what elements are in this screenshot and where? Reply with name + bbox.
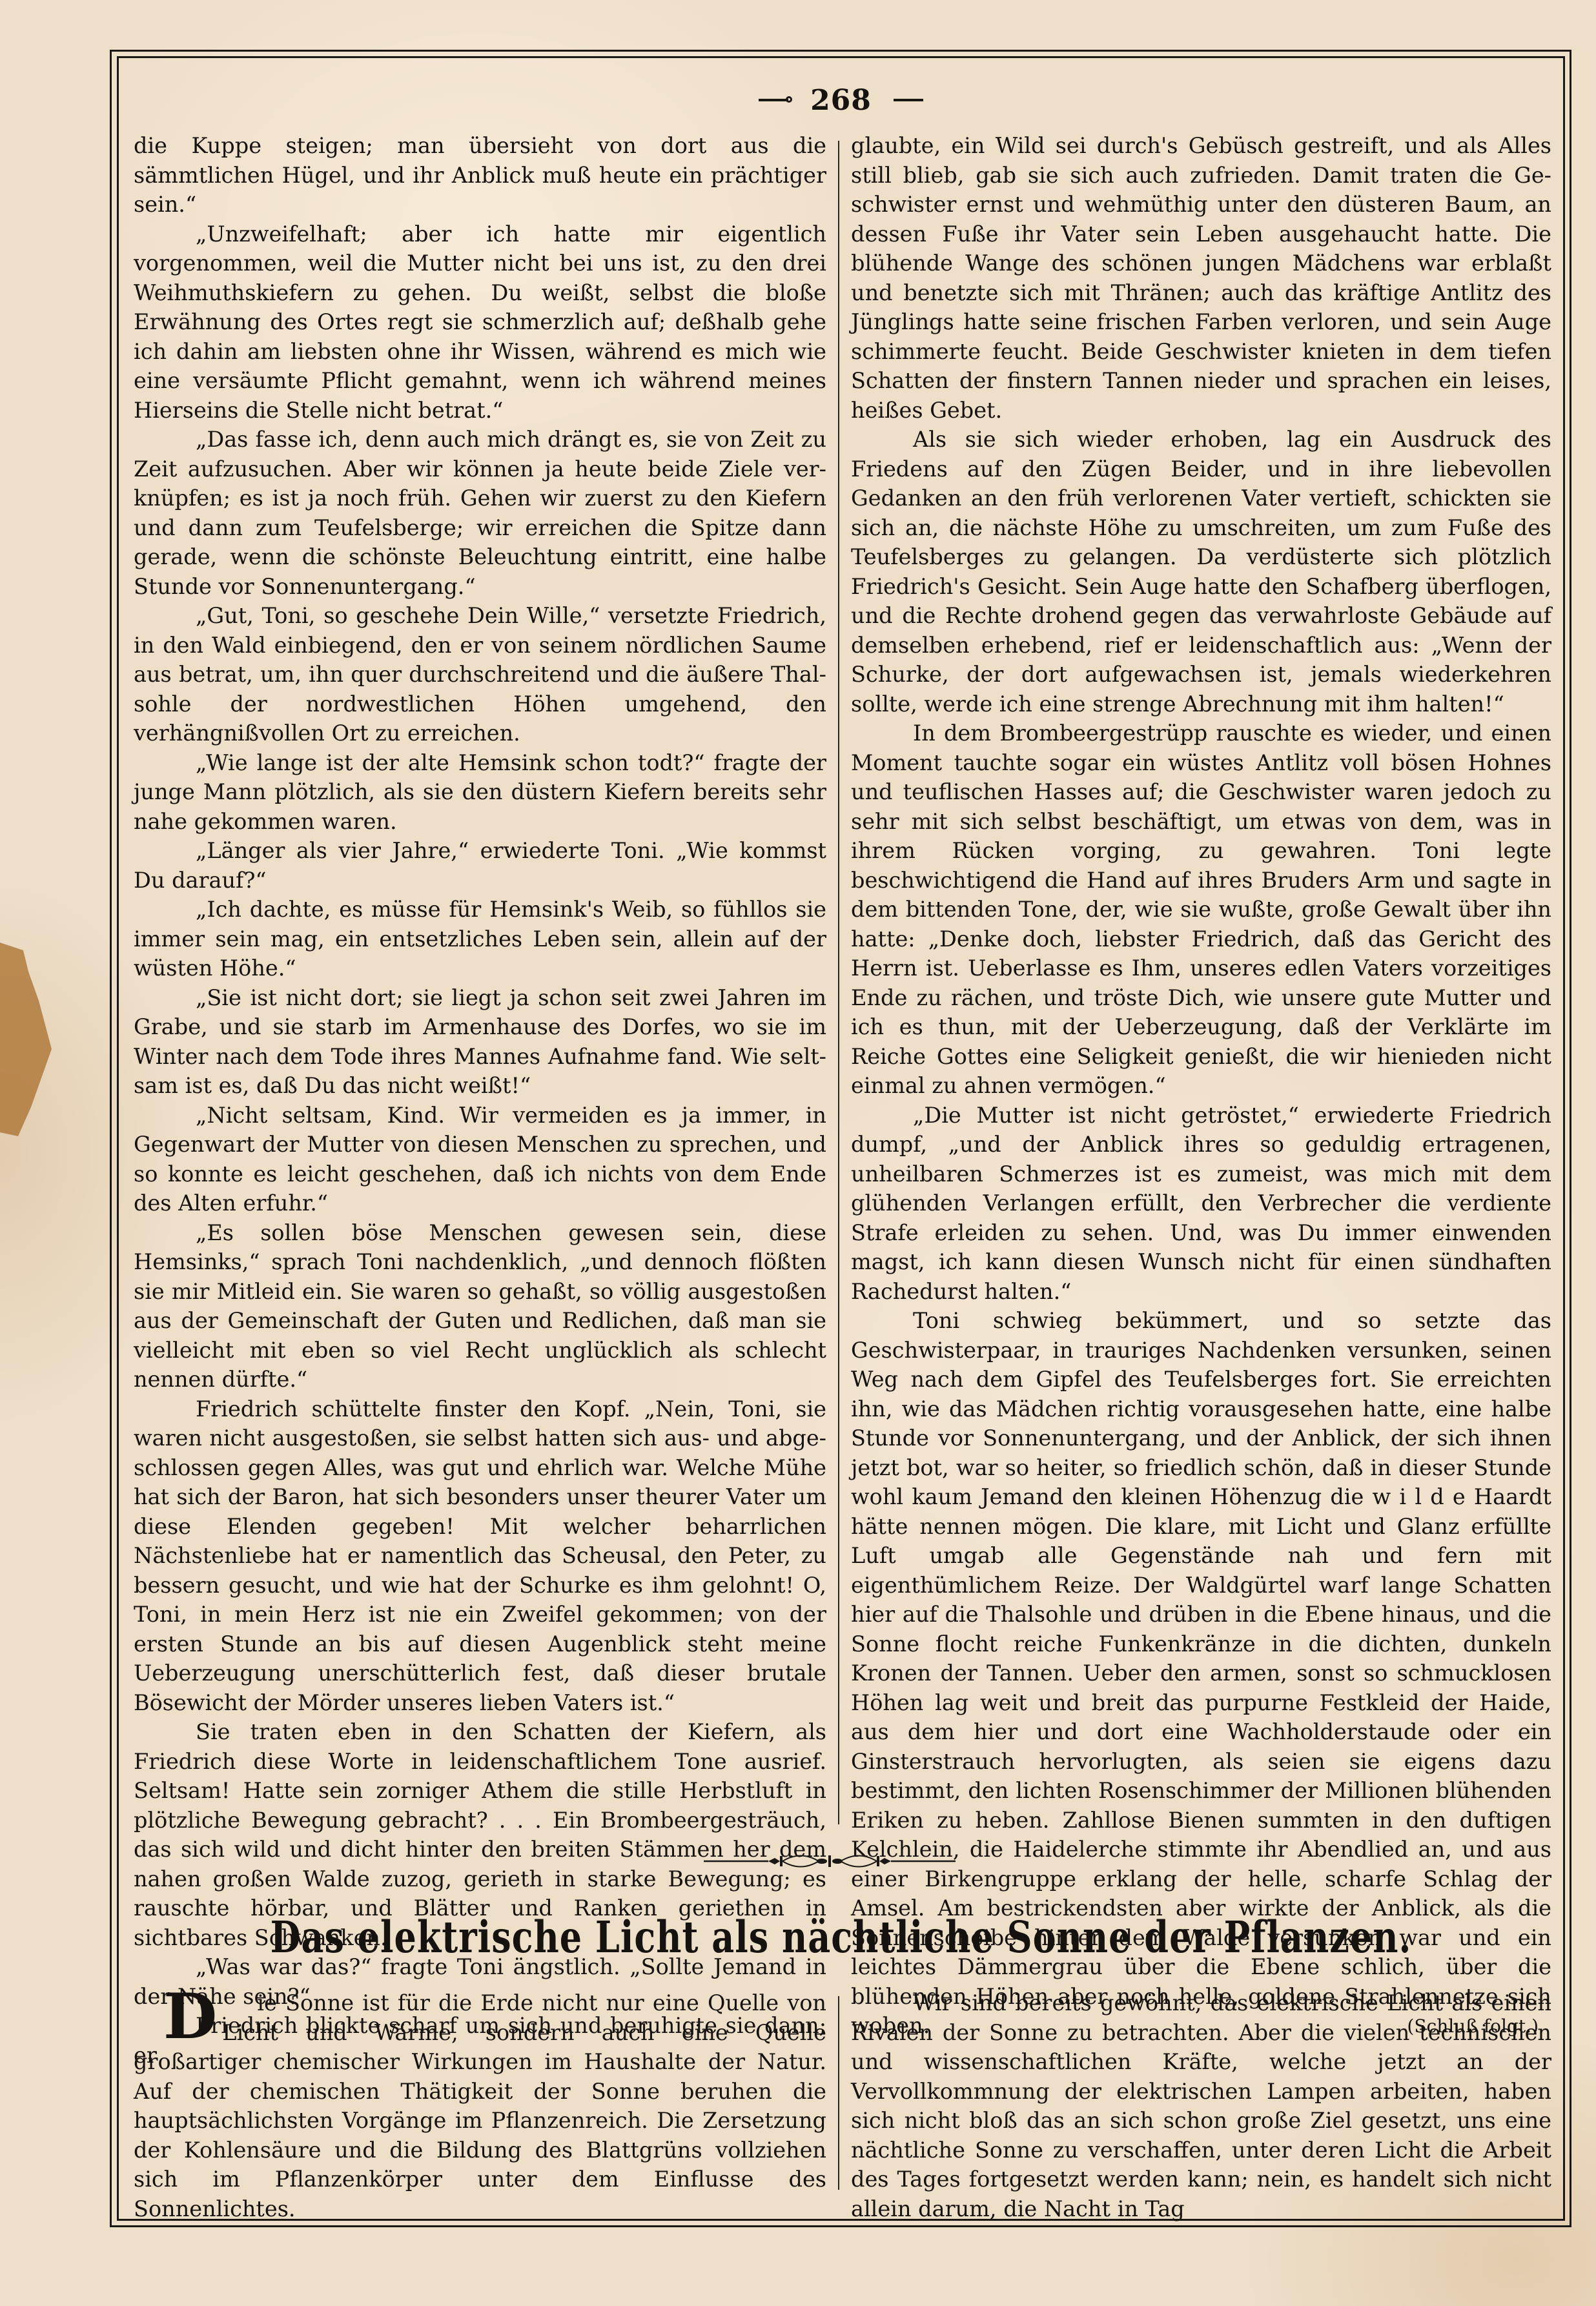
- story-paragraph: „Nicht seltsam, Kind. Wir vermeiden es j…: [134, 1101, 826, 1218]
- article-paragraph: Die Sonne ist für die Erde nicht nur ein…: [134, 1988, 826, 2223]
- section-separator-ornament-icon: [704, 1852, 956, 1871]
- article-left-text: ie Sonne ist für die Erde nicht nur eine…: [134, 1990, 826, 2221]
- column-divider: [838, 141, 839, 1824]
- page-number: 268: [810, 84, 872, 117]
- article-right-column: Wir sind bereits gewöhnt, das elektrisch…: [851, 1988, 1551, 2223]
- story-paragraph: „Unzweifelhaft; aber ich hatte mir eigen…: [134, 219, 826, 425]
- drop-cap: D: [128, 1991, 217, 2043]
- page-header: 268: [117, 77, 1565, 123]
- story-paragraph: die Kuppe steigen; man übersieht von dor…: [134, 131, 826, 219]
- story-right-column: glaubte, ein Wild sei durch's Gebüsch ge…: [851, 131, 1551, 2041]
- story-paragraph: „Gut, Toni, so geschehe Dein Wille,“ ver…: [134, 601, 826, 748]
- article-title: Das elektrische Licht als nächtliche Son…: [117, 1911, 1565, 1963]
- story-left-column: die Kuppe steigen; man übersieht von dor…: [134, 131, 826, 2070]
- article-column-divider: [838, 1996, 839, 2190]
- story-paragraph: Friedrich schüttelte finster den Kopf. „…: [134, 1394, 826, 1718]
- article-paragraph: Wir sind bereits gewöhnt, das elektrisch…: [851, 1988, 1551, 2223]
- header-ornament-right-icon: [894, 99, 923, 101]
- story-paragraph: „Wie lange ist der alte Hemsink schon to…: [134, 748, 826, 837]
- article-left-column: Die Sonne ist für die Erde nicht nur ein…: [134, 1988, 826, 2223]
- header-ornament-left-icon: [759, 99, 788, 101]
- story-paragraph: Als sie sich wieder erhoben, lag ein Aus…: [851, 425, 1551, 719]
- story-paragraph: „Sie ist nicht dort; sie liegt ja schon …: [134, 983, 826, 1101]
- paper-stain: [0, 943, 52, 1136]
- story-paragraph: „Ich dachte, es müsse für Hemsink's Weib…: [134, 895, 826, 983]
- story-paragraph: glaubte, ein Wild sei durch's Gebüsch ge…: [851, 131, 1551, 425]
- story-paragraph: In dem Brombeergestrüpp rauschte es wied…: [851, 719, 1551, 1101]
- story-paragraph: „Das fasse ich, denn auch mich drängt es…: [134, 425, 826, 601]
- story-paragraph: „Es sollen böse Menschen gewesen sein, d…: [134, 1218, 826, 1394]
- story-paragraph: „Länger als vier Jahre,“ erwiederte Toni…: [134, 836, 826, 895]
- story-paragraph: „Die Mutter ist nicht getröstet,“ erwied…: [851, 1101, 1551, 1307]
